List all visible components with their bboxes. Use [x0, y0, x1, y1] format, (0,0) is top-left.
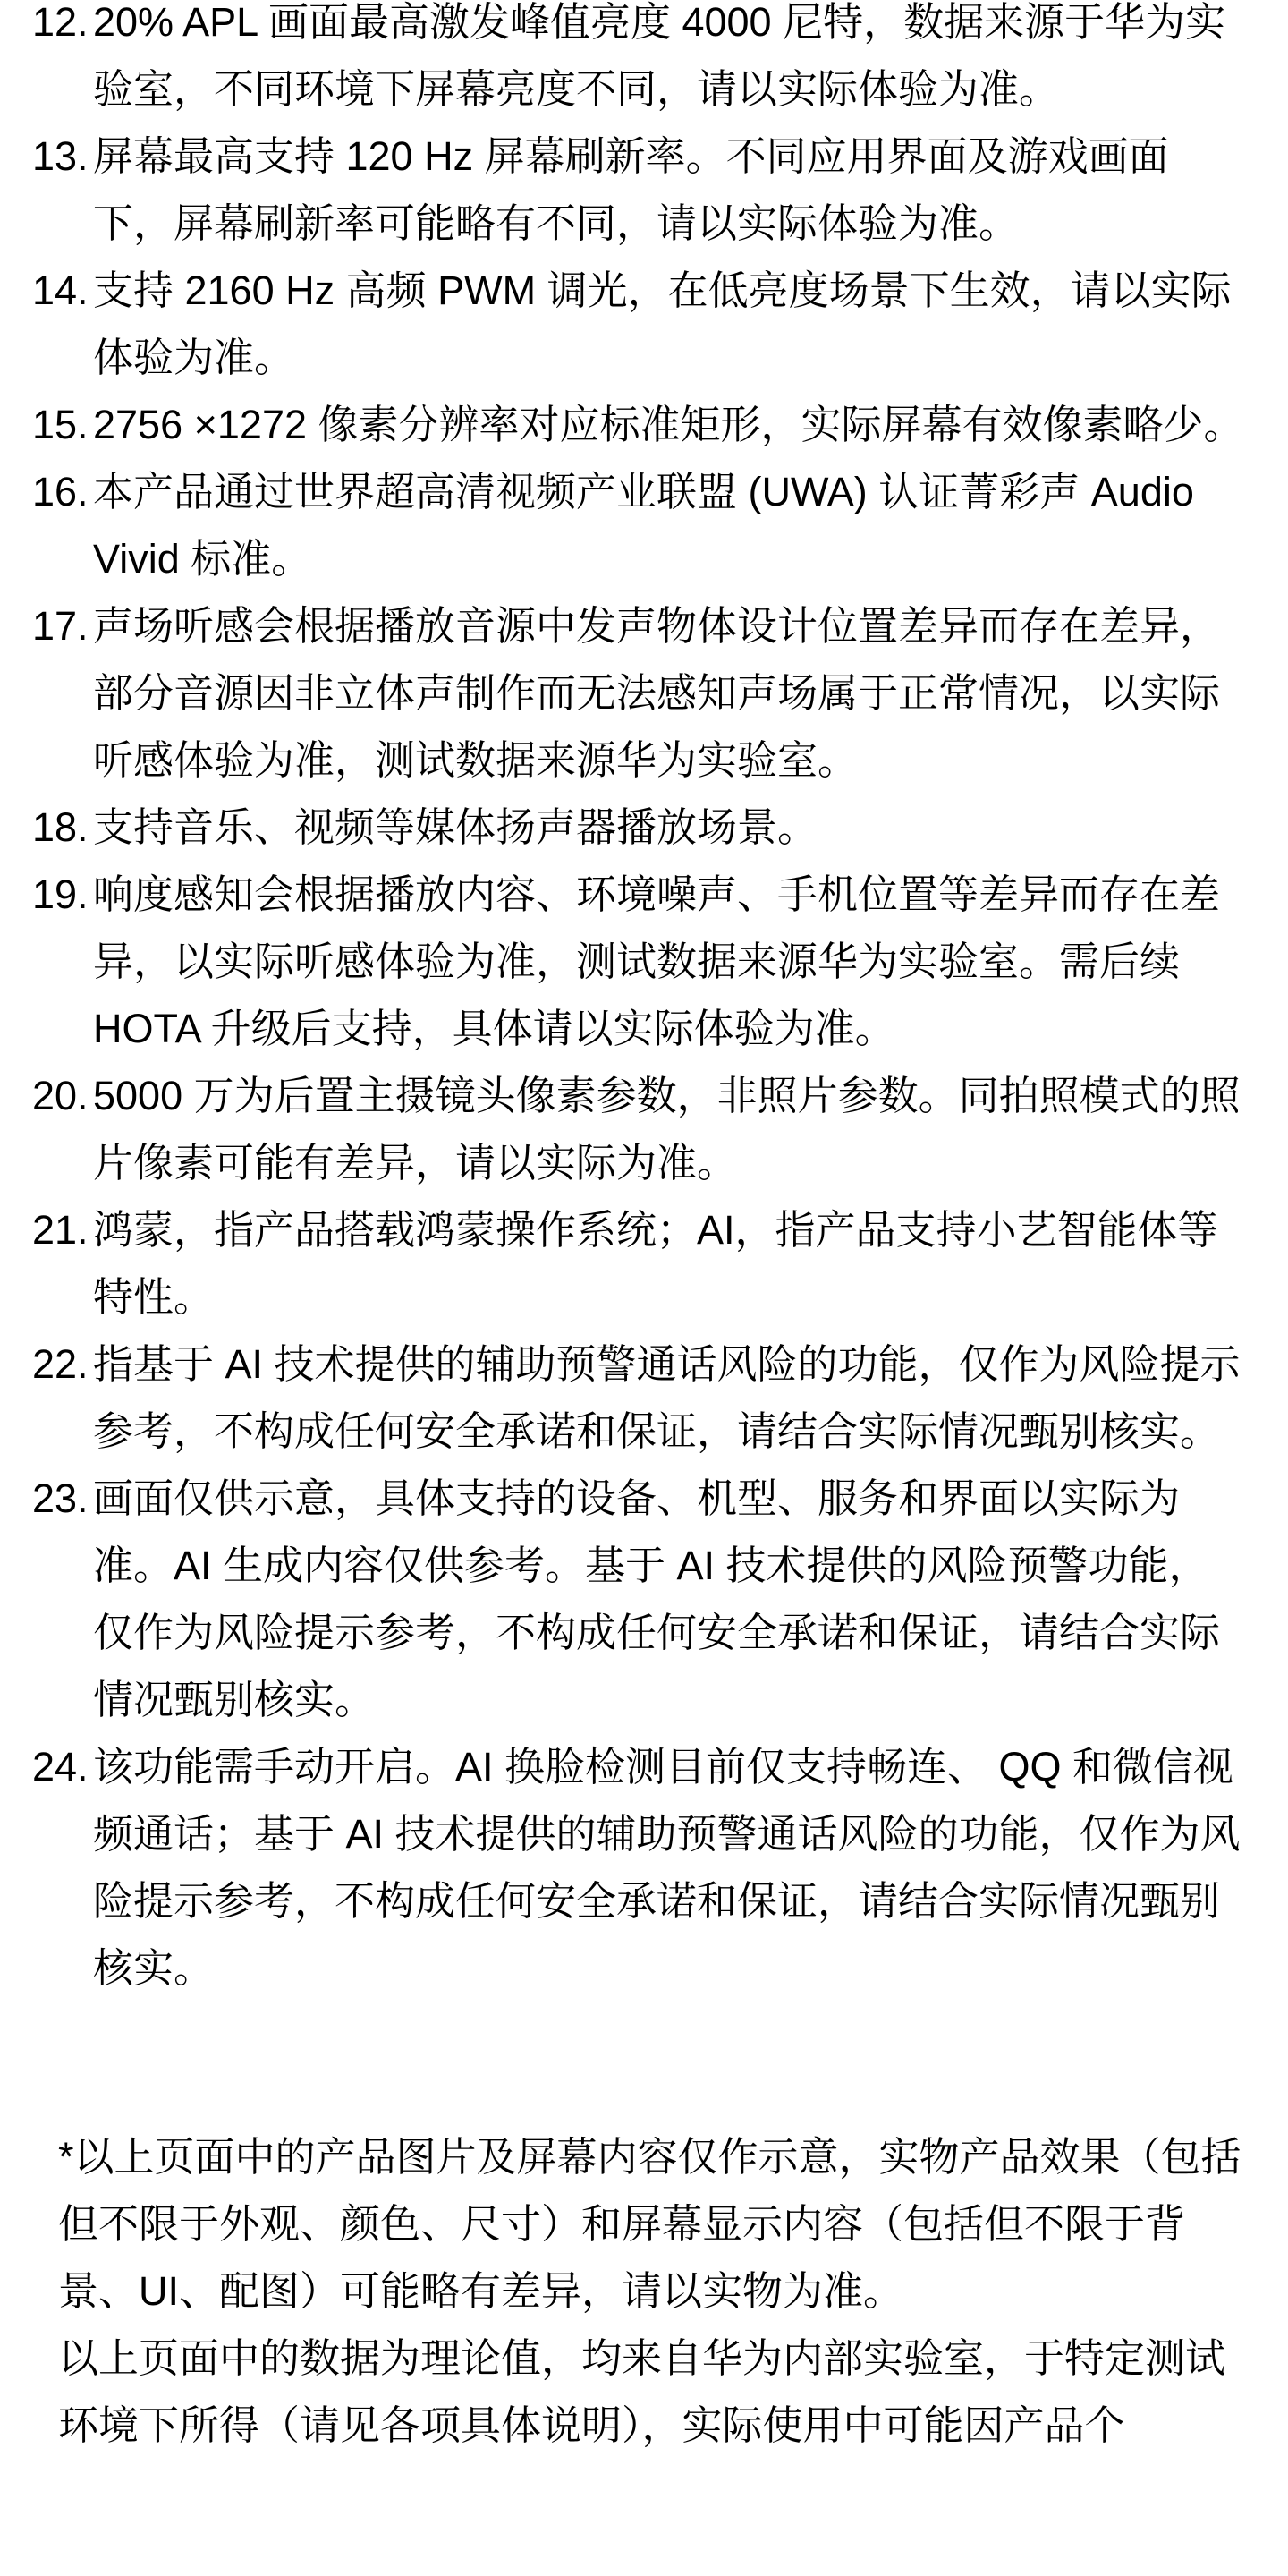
legal-notes: *以上页面中的产品图片及屏幕内容仅作示意，实物产品效果（包括但不限于外观、颜色、…: [58, 2123, 1249, 2459]
footnote-text: 响度感知会根据播放内容、环境噪声、手机位置等差异而存在差异，以实际听感体验为准，…: [93, 871, 1220, 1051]
footnote-number: 19.: [32, 861, 89, 928]
footnote-text: 指基于 AI 技术提供的辅助预警通话风险的功能，仅作为风险提示参考，不构成任何安…: [93, 1341, 1241, 1454]
footnote-number: 13.: [32, 123, 89, 190]
footnote-item-14: 14. 支持 2160 Hz 高频 PWM 调光，在低亮度场景下生效，请以实际体…: [0, 257, 1288, 391]
legal-note-lab-data: 以上页面中的数据为理论值，均来自华为内部实验室，于特定测试环境下所得（请见各项具…: [58, 2325, 1249, 2459]
footnote-number: 18.: [32, 794, 89, 861]
footnote-item-22: 22. 指基于 AI 技术提供的辅助预警通话风险的功能，仅作为风险提示参考，不构…: [0, 1331, 1288, 1465]
footnote-item-19: 19. 响度感知会根据播放内容、环境噪声、手机位置等差异而存在差异，以实际听感体…: [0, 861, 1288, 1062]
footnote-number: 17.: [32, 592, 89, 659]
footnote-number: 15.: [32, 391, 89, 458]
footnote-number: 12.: [32, 0, 89, 55]
footnote-text: 5000 万为后置主摄镜头像素参数，非照片参数。同拍照模式的照片像素可能有差异，…: [93, 1073, 1241, 1186]
footnote-item-15: 15. 2756 ×1272 像素分辨率对应标准矩形，实际屏幕有效像素略少。: [0, 391, 1288, 458]
footnote-number: 20.: [32, 1062, 89, 1129]
footnote-text: 20% APL 画面最高激发峰值亮度 4000 尼特，数据来源于华为实验室，不同…: [93, 0, 1225, 112]
footnote-text: 声场听感会根据播放音源中发声物体设计位置差异而存在差异，部分音源因非立体声制作而…: [93, 603, 1220, 783]
footnote-number: 21.: [32, 1196, 89, 1263]
footnote-number: 16.: [32, 458, 89, 525]
footnote-number: 14.: [32, 257, 89, 324]
footnote-item-17: 17. 声场听感会根据播放音源中发声物体设计位置差异而存在差异，部分音源因非立体…: [0, 592, 1288, 794]
footnote-item-24: 24. 该功能需手动开启。AI 换脸检测目前仅支持畅连、 QQ 和微信视频通话；…: [0, 1733, 1288, 2002]
footnote-item-21: 21. 鸿蒙，指产品搭载鸿蒙操作系统；AI，指产品支持小艺智能体等特性。: [0, 1196, 1288, 1331]
footnote-text: 画面仅供示意，具体支持的设备、机型、服务和界面以实际为准。AI 生成内容仅供参考…: [93, 1475, 1220, 1722]
footnote-text: 2756 ×1272 像素分辨率对应标准矩形，实际屏幕有效像素略少。: [93, 402, 1244, 447]
footnote-number: 22.: [32, 1331, 89, 1398]
footnote-text: 该功能需手动开启。AI 换脸检测目前仅支持畅连、 QQ 和微信视频通话；基于 A…: [93, 1744, 1241, 1991]
legal-note-product-images: *以上页面中的产品图片及屏幕内容仅作示意，实物产品效果（包括但不限于外观、颜色、…: [58, 2123, 1249, 2325]
footnote-text: 支持 2160 Hz 高频 PWM 调光，在低亮度场景下生效，请以实际体验为准。: [93, 268, 1232, 380]
footnote-item-12: 12. 20% APL 画面最高激发峰值亮度 4000 尼特，数据来源于华为实验…: [0, 0, 1288, 123]
footnote-number: 24.: [32, 1733, 89, 1800]
footnote-text: 本产品通过世界超高清视频产业联盟 (UWA) 认证菁彩声 Audio Vivid…: [93, 469, 1194, 582]
footnote-item-20: 20. 5000 万为后置主摄镜头像素参数，非照片参数。同拍照模式的照片像素可能…: [0, 1062, 1288, 1196]
footnote-text: 鸿蒙，指产品搭载鸿蒙操作系统；AI，指产品支持小艺智能体等特性。: [93, 1207, 1218, 1320]
footnote-item-18: 18. 支持音乐、视频等媒体扬声器播放场景。: [0, 794, 1288, 861]
footnote-item-13: 13. 屏幕最高支持 120 Hz 屏幕刷新率。不同应用界面及游戏画面下，屏幕刷…: [0, 123, 1288, 257]
footnote-text: 支持音乐、视频等媒体扬声器播放场景。: [93, 804, 818, 850]
footnote-number: 23.: [32, 1465, 89, 1532]
footnote-list: 12. 20% APL 画面最高激发峰值亮度 4000 尼特，数据来源于华为实验…: [0, 0, 1288, 2002]
disclaimer-page: 12. 20% APL 画面最高激发峰值亮度 4000 尼特，数据来源于华为实验…: [0, 0, 1288, 2576]
footnote-text: 屏幕最高支持 120 Hz 屏幕刷新率。不同应用界面及游戏画面下，屏幕刷新率可能…: [93, 133, 1169, 246]
footnote-item-16: 16. 本产品通过世界超高清视频产业联盟 (UWA) 认证菁彩声 Audio V…: [0, 458, 1288, 592]
footnote-item-23: 23. 画面仅供示意，具体支持的设备、机型、服务和界面以实际为准。AI 生成内容…: [0, 1465, 1288, 1733]
